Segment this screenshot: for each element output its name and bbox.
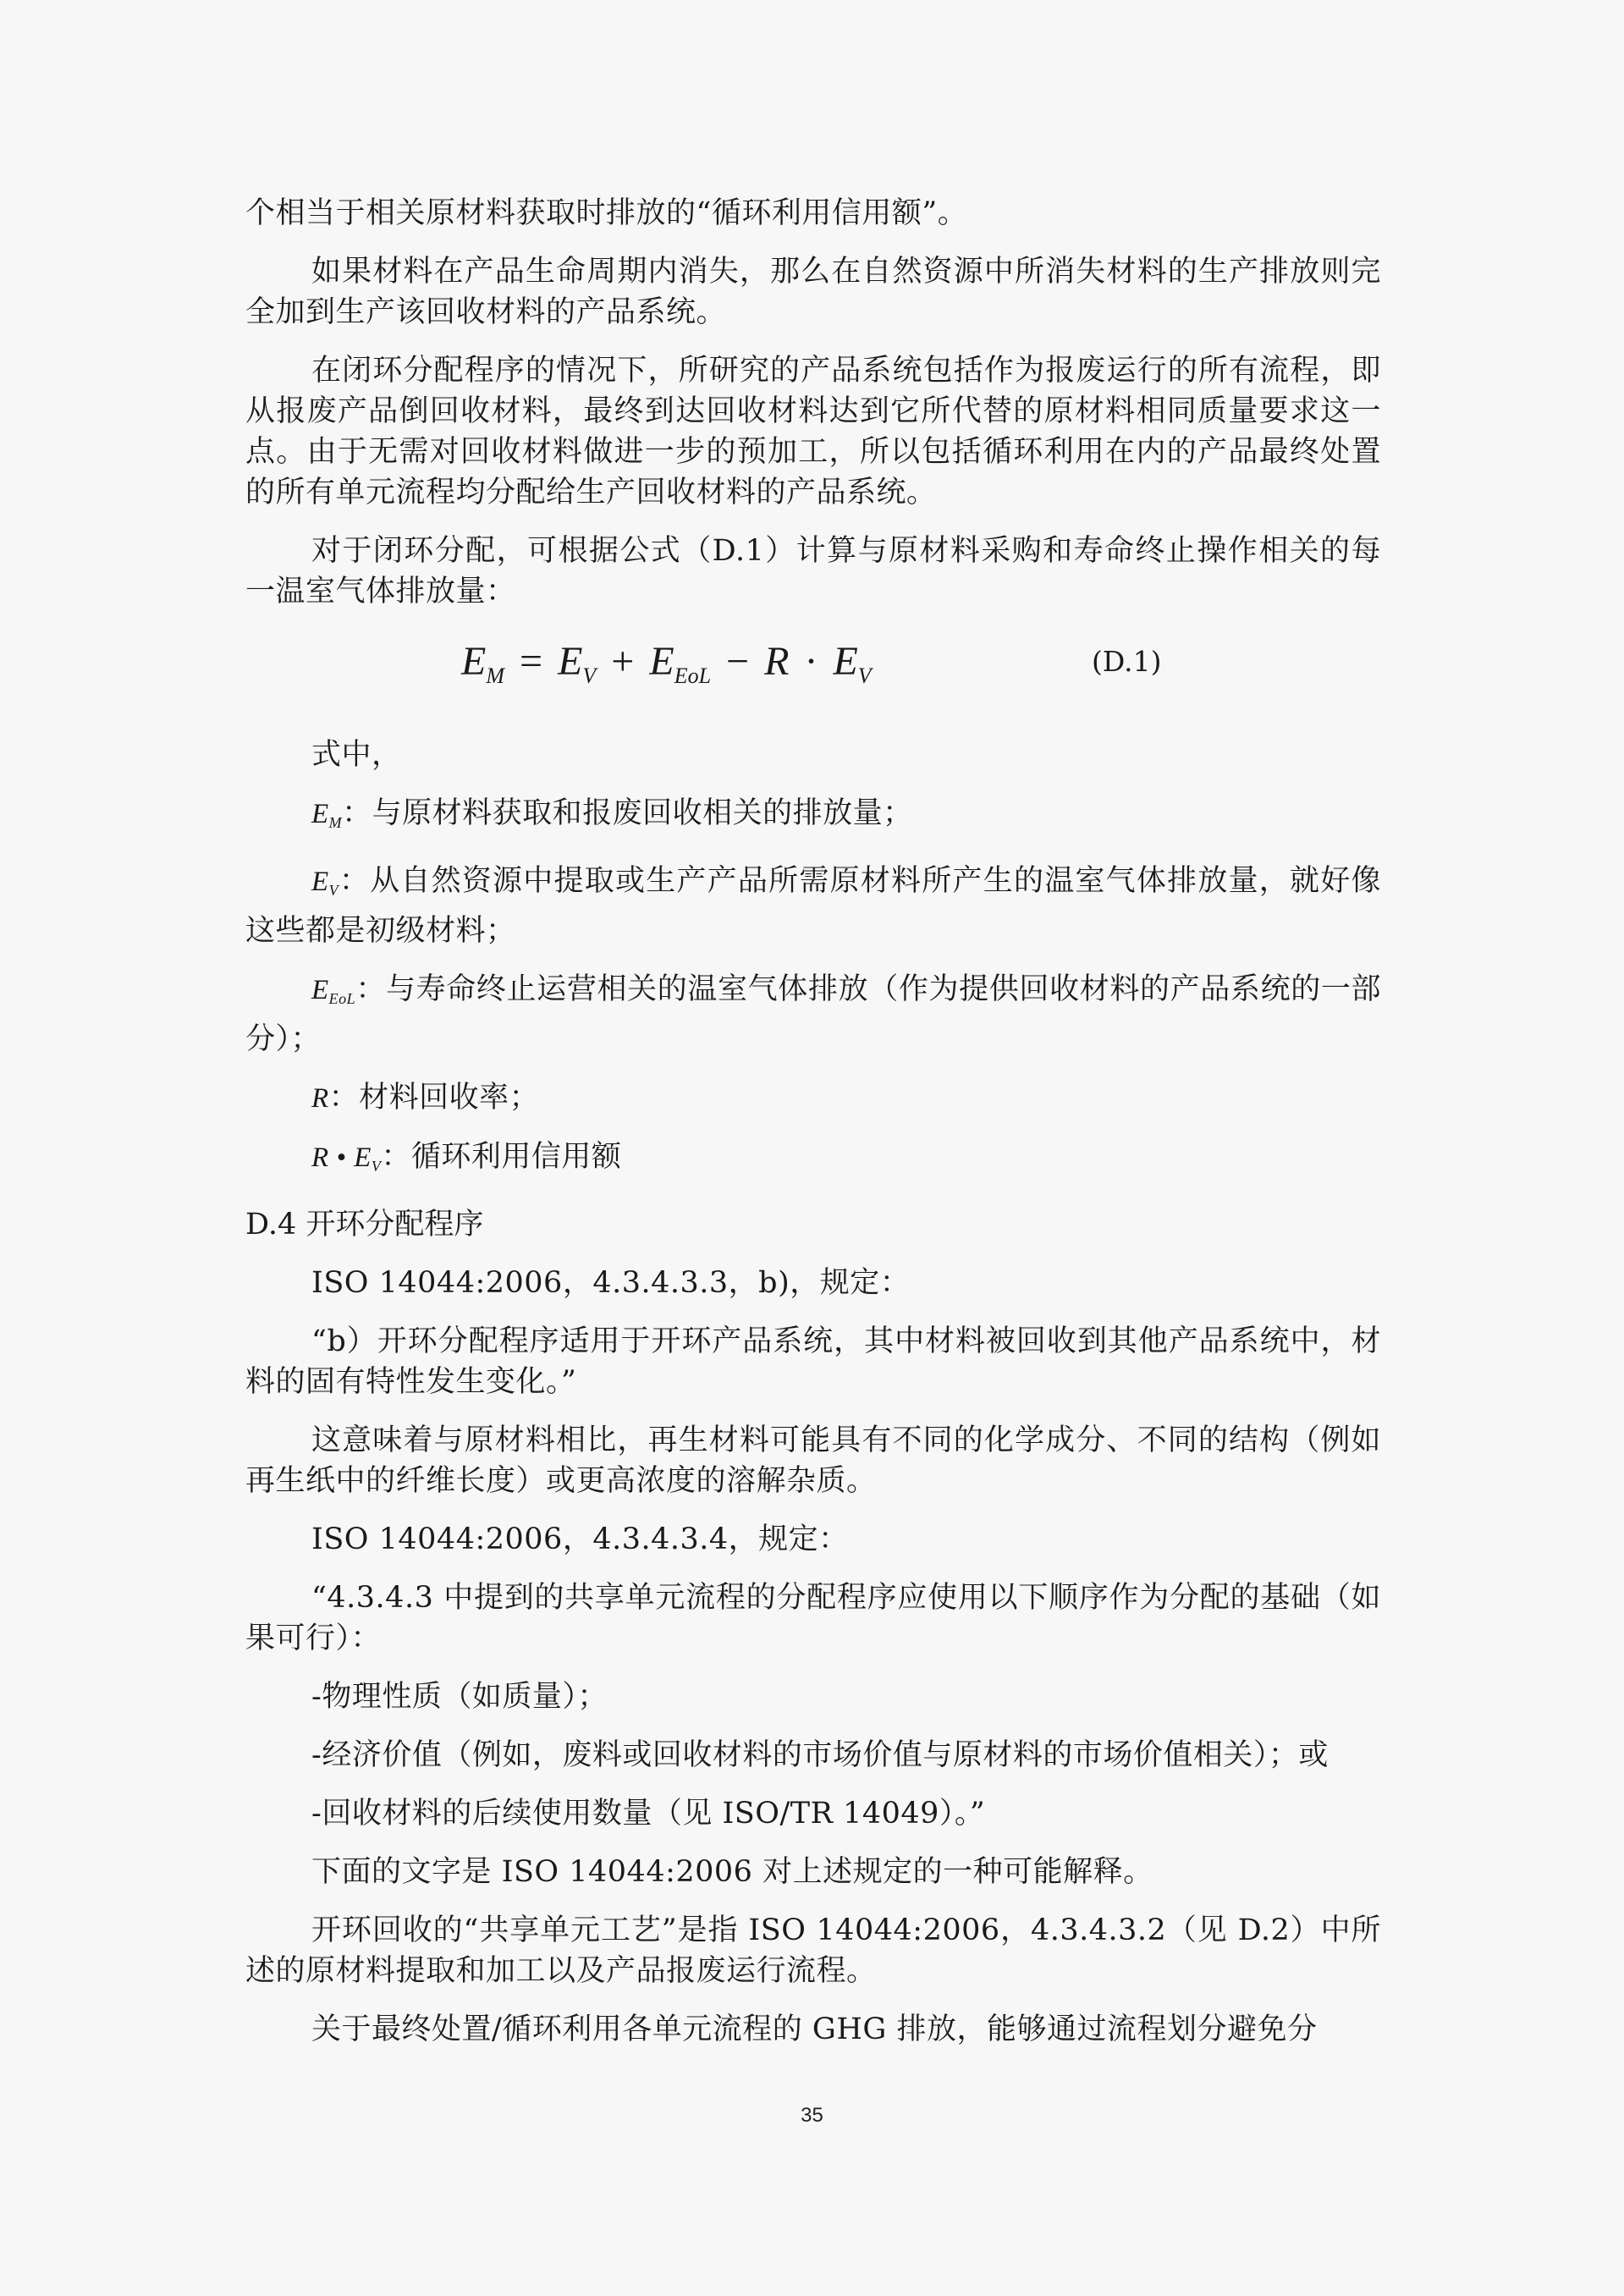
symbol: EV	[311, 867, 339, 897]
definition-r: R：材料回收率；	[245, 1077, 1381, 1119]
definition-eeol: EEoL：与寿命终止运营相关的温室气体排放（作为提供回收材料的产品系统的一部分）…	[245, 969, 1381, 1060]
symbol: EM	[311, 799, 342, 829]
formula-operator: ·	[799, 639, 823, 684]
paragraph-iso-ref-4344: ISO 14044:2006，4.3.4.3.4，规定：	[245, 1519, 1381, 1560]
paragraph-material-loss: 如果材料在产品生命周期内消失，那么在自然资源中所消失材料的生产排放则完全加到生产…	[245, 251, 1381, 333]
definition-text: ：与寿命终止运营相关的温室气体排放（作为提供回收材料的产品系统的一部分）；	[245, 972, 1381, 1056]
symbol: R • EV	[311, 1142, 381, 1173]
formula-subscript: EoL	[674, 663, 711, 688]
paragraph-quote-allocation-order: “4.3.4.3 中提到的共享单元流程的分配程序应使用以下顺序作为分配的基础（如…	[245, 1577, 1381, 1659]
symbol-base: E	[311, 975, 329, 1005]
paragraph-formula-intro: 对于闭环分配，可根据公式（D.1）计算与原材料采购和寿命终止操作相关的每一温室气…	[245, 531, 1381, 612]
list-item-economic: -经济价值（例如，废料或回收材料的市场价值与原材料的市场价值相关）；或	[245, 1735, 1381, 1776]
formula-subscript: V	[858, 663, 872, 688]
formula-operator: +	[606, 639, 639, 684]
formula-subscript: V	[582, 663, 596, 688]
formula-subscript: M	[486, 663, 504, 688]
equation-number: (D.1)	[1092, 641, 1162, 682]
paragraph-recycling-credit-continuation: 个相当于相关原材料获取时排放的“循环利用信用额”。	[245, 193, 1381, 234]
formula-term: R	[764, 639, 789, 684]
formula-term: E	[833, 639, 857, 684]
definition-text: ：从自然资源中提取或生产产品所需原材料所产生的温室气体排放量，就好像这些都是初级…	[245, 864, 1381, 948]
symbol-base: E	[311, 799, 329, 829]
where-label: 式中，	[245, 735, 1381, 775]
formula-term: E	[649, 639, 674, 684]
symbol-subscript: M	[329, 814, 343, 831]
symbol-base: R • E	[311, 1142, 372, 1173]
paragraph-recycled-differences: 这意味着与原材料相比，再生材料可能具有不同的化学成分、不同的结构（例如再生纸中的…	[245, 1420, 1381, 1501]
symbol: EEoL	[311, 975, 355, 1005]
definition-text: ：材料回收率；	[329, 1081, 540, 1115]
list-item-subsequent-use: -回收材料的后续使用数量（见 ISO/TR 14049）。”	[245, 1793, 1381, 1834]
paragraph-shared-unit-process: 开环回收的“共享单元工艺”是指 ISO 14044:2006，4.3.4.3.2…	[245, 1910, 1381, 1991]
formula-block: EM = EV + EEoL − R · EV (D.1)	[245, 630, 1381, 702]
formula-d1: EM = EV + EEoL − R · EV	[461, 636, 872, 702]
paragraph-interpretation: 下面的文字是 ISO 14044:2006 对上述规定的一种可能解释。	[245, 1852, 1381, 1892]
symbol-subscript: V	[329, 882, 339, 899]
paragraph-closed-loop: 在闭环分配程序的情况下，所研究的产品系统包括作为报废运行的所有流程，即从报废产品…	[245, 350, 1381, 513]
symbol-subscript: EoL	[329, 990, 356, 1007]
definition-r-ev: R • EV：循环利用信用额	[245, 1137, 1381, 1187]
symbol: R	[311, 1083, 329, 1114]
symbol-subscript: V	[372, 1158, 382, 1175]
section-heading-d4: D.4 开环分配程序	[245, 1204, 1381, 1245]
formula-term: E	[461, 639, 486, 684]
definition-ev: EV：从自然资源中提取或生产产品所需原材料所产生的温室气体排放量，就好像这些都是…	[245, 861, 1381, 951]
paragraph-quote-open-loop: “b）开环分配程序适用于开环产品系统，其中材料被回收到其他产品系统中，材料的固有…	[245, 1321, 1381, 1402]
paragraph-ghg-final-disposal: 关于最终处置/循环利用各单元流程的 GHG 排放，能够通过流程划分避免分	[245, 2009, 1381, 2050]
definition-text: ：与原材料获取和报废回收相关的排放量；	[342, 796, 913, 830]
formula-operator: −	[721, 639, 754, 684]
list-item-physical: -物理性质（如质量）；	[245, 1677, 1381, 1717]
definition-text: ：循环利用信用额	[381, 1140, 621, 1174]
page-number: 35	[0, 2103, 1624, 2128]
paragraph-iso-ref-b: ISO 14044:2006，4.3.4.3.3，b)，规定：	[245, 1263, 1381, 1303]
definition-em: EM：与原材料获取和报废回收相关的排放量；	[245, 793, 1381, 843]
formula-operator: =	[515, 639, 548, 684]
formula-term: E	[558, 639, 582, 684]
document-page: 个相当于相关原材料获取时排放的“循环利用信用额”。 如果材料在产品生命周期内消失…	[245, 193, 1381, 2068]
symbol-base: E	[311, 867, 329, 897]
symbol-base: R	[311, 1083, 329, 1114]
